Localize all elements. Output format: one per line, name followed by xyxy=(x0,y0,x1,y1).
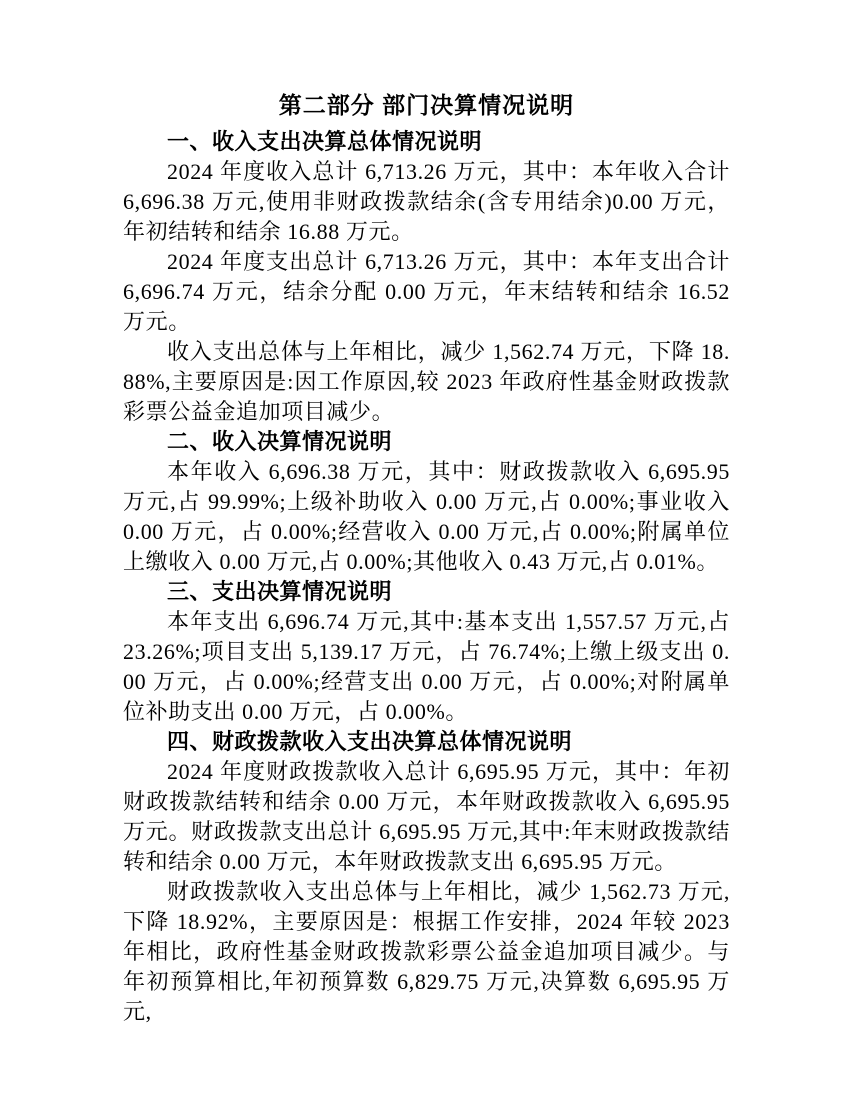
section-heading-3: 三、支出决算情况说明 xyxy=(123,577,730,607)
section-heading-1: 一、收入支出决算总体情况说明 xyxy=(123,127,730,157)
document-title: 第二部分 部门决算情况说明 xyxy=(123,90,730,120)
paragraph-income-total: 2024 年度收入总计 6,713.26 万元，其中：本年收入合计 6,696.… xyxy=(123,157,730,247)
paragraph-fiscal-appropriation-totals: 2024 年度财政拨款收入总计 6,695.95 万元，其中：年初财政拨款结转和… xyxy=(123,757,730,877)
paragraph-income-breakdown: 本年收入 6,696.38 万元，其中：财政拨款收入 6,695.95 万元,占… xyxy=(123,457,730,577)
section-income-final-accounts: 二、收入决算情况说明 本年收入 6,696.38 万元，其中：财政拨款收入 6,… xyxy=(123,427,730,577)
paragraph-expenditure-breakdown: 本年支出 6,696.74 万元,其中:基本支出 1,557.57 万元,占 2… xyxy=(123,607,730,727)
document-page: 第二部分 部门决算情况说明 一、收入支出决算总体情况说明 2024 年度收入总计… xyxy=(0,0,850,1100)
paragraph-fiscal-appropriation-comparison: 财政拨款收入支出总体与上年相比，减少 1,562.73 万元,下降 18.92%… xyxy=(123,877,730,1027)
paragraph-expenditure-total: 2024 年度支出总计 6,713.26 万元，其中：本年支出合计 6,696.… xyxy=(123,247,730,337)
section-expenditure-final-accounts: 三、支出决算情况说明 本年支出 6,696.74 万元,其中:基本支出 1,55… xyxy=(123,577,730,727)
paragraph-yoy-comparison: 收入支出总体与上年相比，减少 1,562.74 万元，下降 18.88%,主要原… xyxy=(123,337,730,427)
section-income-expenditure-overview: 一、收入支出决算总体情况说明 2024 年度收入总计 6,713.26 万元，其… xyxy=(123,127,730,427)
section-heading-2: 二、收入决算情况说明 xyxy=(123,427,730,457)
section-heading-4: 四、财政拨款收入支出决算总体情况说明 xyxy=(123,727,730,757)
section-fiscal-appropriation-overview: 四、财政拨款收入支出决算总体情况说明 2024 年度财政拨款收入总计 6,695… xyxy=(123,727,730,1027)
